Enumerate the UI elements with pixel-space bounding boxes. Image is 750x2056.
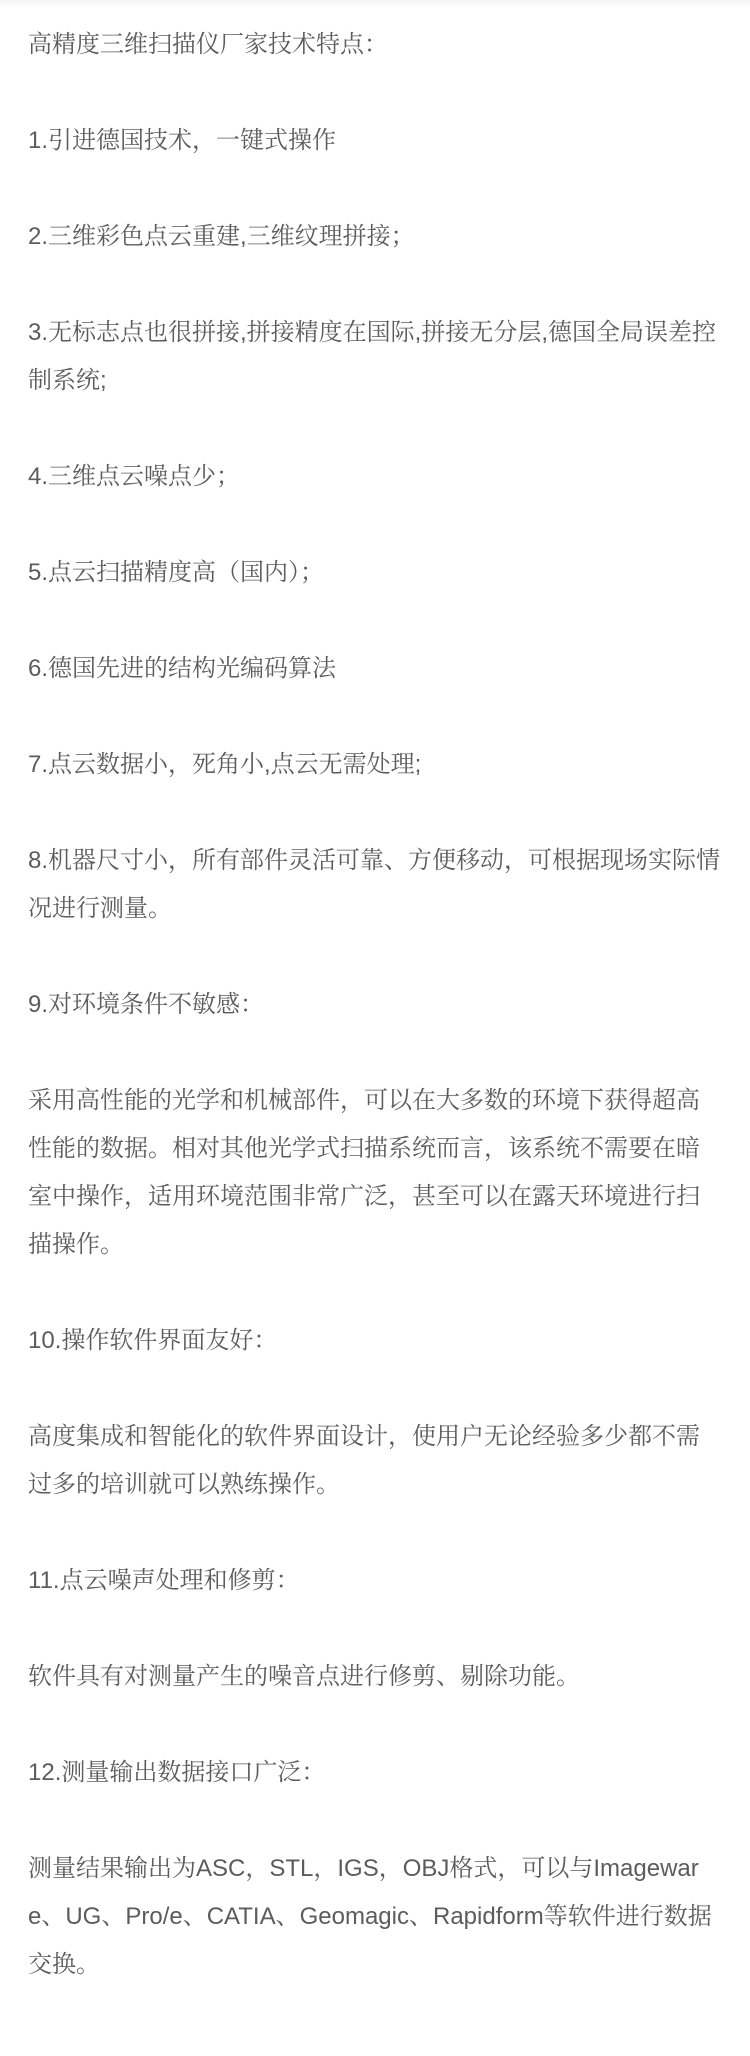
- article-paragraph-7: 7.点云数据小，死角小,点云无需处理;: [28, 741, 722, 789]
- article-paragraph-10-body: 高度集成和智能化的软件界面设计，使用户无论经验多少都不需过多的培训就可以熟练操作…: [28, 1413, 722, 1509]
- article-paragraph-11-heading: 11.点云噪声处理和修剪：: [28, 1557, 722, 1605]
- article-title: 高精度三维扫描仪厂家技术特点：: [28, 21, 722, 69]
- article-paragraph-9-heading: 9.对环境条件不敏感：: [28, 981, 722, 1029]
- article-paragraph-10-heading: 10.操作软件界面友好：: [28, 1317, 722, 1365]
- article-paragraph-9-body: 采用高性能的光学和机械部件，可以在大多数的环境下获得超高性能的数据。相对其他光学…: [28, 1077, 722, 1269]
- article-paragraph-6: 6.德国先进的结构光编码算法: [28, 645, 722, 693]
- article-paragraph-8: 8.机器尺寸小，所有部件灵活可靠、方便移动，可根据现场实际情况进行测量。: [28, 837, 722, 933]
- article-paragraph-3: 3.无标志点也很拼接,拼接精度在国际,拼接无分层,德国全局误差控制系统;: [28, 309, 722, 405]
- article-paragraph-2: 2.三维彩色点云重建,三维纹理拼接；: [28, 213, 722, 261]
- article-paragraph-5: 5.点云扫描精度高（国内）；: [28, 549, 722, 597]
- article-page: 高精度三维扫描仪厂家技术特点： 1.引进德国技术，一键式操作 2.三维彩色点云重…: [0, 0, 750, 2049]
- article-paragraph-1: 1.引进德国技术，一键式操作: [28, 117, 722, 165]
- article-paragraph-11-body: 软件具有对测量产生的噪音点进行修剪、剔除功能。: [28, 1653, 722, 1701]
- article-paragraph-4: 4.三维点云噪点少；: [28, 453, 722, 501]
- article-paragraph-12-heading: 12.测量输出数据接口广泛：: [28, 1749, 722, 1797]
- article-paragraph-12-body: 测量结果输出为ASC，STL，IGS，OBJ格式，可以与Imageware、UG…: [28, 1845, 722, 1989]
